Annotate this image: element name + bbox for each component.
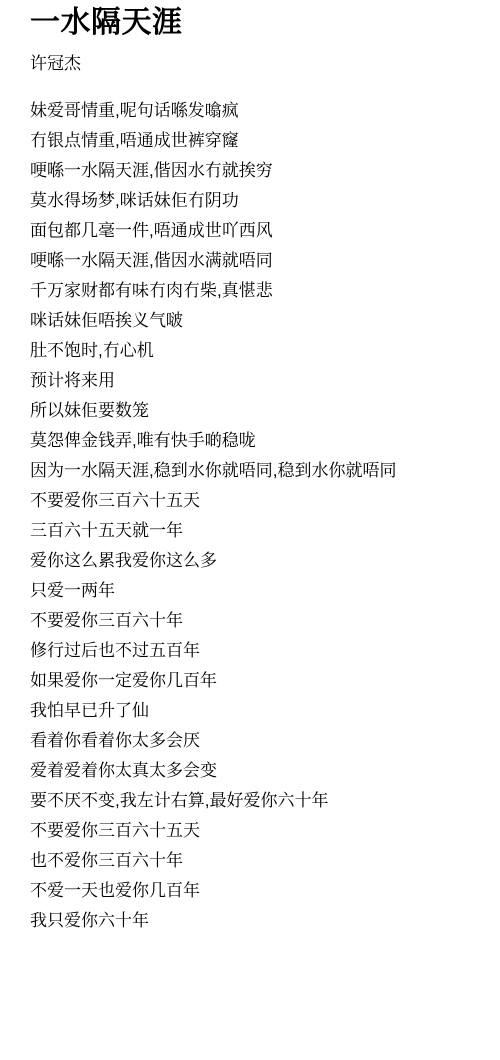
lyrics-body: 妹爱哥情重,呢句话喺发噏疯冇银点情重,唔通成世裤穿窿哽喺一水隔天涯,偕因水冇就挨…: [30, 96, 490, 936]
lyric-line: 三百六十五天就一年: [30, 516, 490, 546]
lyric-line: 莫水得场梦,咪话妹佢冇阴功: [30, 186, 490, 216]
lyric-line: 面包都几毫一件,唔通成世吖西风: [30, 216, 490, 246]
lyric-line: 因为一水隔天涯,稳到水你就唔同,稳到水你就唔同: [30, 456, 490, 486]
lyric-line: 不要爱你三百六十五天: [30, 816, 490, 846]
lyric-line: 不要爱你三百六十年: [30, 606, 490, 636]
song-title: 一水隔天涯: [30, 6, 490, 41]
lyric-line: 要不厌不变,我左计右算,最好爱你六十年: [30, 786, 490, 816]
lyric-line: 哽喺一水隔天涯,偕因水满就唔同: [30, 246, 490, 276]
lyric-line: 不爱一天也爱你几百年: [30, 876, 490, 906]
lyric-line: 看着你看着你太多会厌: [30, 726, 490, 756]
lyric-line: 我只爱你六十年: [30, 906, 490, 936]
lyric-line: 也不爱你三百六十年: [30, 846, 490, 876]
lyric-line: 修行过后也不过五百年: [30, 636, 490, 666]
lyrics-page: 一水隔天涯 许冠杰 妹爱哥情重,呢句话喺发噏疯冇银点情重,唔通成世裤穿窿哽喺一水…: [0, 0, 500, 936]
lyric-line: 冇银点情重,唔通成世裤穿窿: [30, 126, 490, 156]
lyric-line: 只爱一两年: [30, 576, 490, 606]
lyric-line: 妹爱哥情重,呢句话喺发噏疯: [30, 96, 490, 126]
lyric-line: 我怕早已升了仙: [30, 696, 490, 726]
lyric-line: 预计将来用: [30, 366, 490, 396]
lyric-line: 哽喺一水隔天涯,偕因水冇就挨穷: [30, 156, 490, 186]
lyric-line: 咪话妹佢唔挨义气啵: [30, 306, 490, 336]
lyric-line: 肚不饱时,冇心机: [30, 336, 490, 366]
artist-name: 许冠杰: [30, 49, 490, 74]
lyric-line: 所以妹佢要数笼: [30, 396, 490, 426]
lyric-line: 莫怨俾金钱弄,唯有快手啲稳咙: [30, 426, 490, 456]
lyric-line: 如果爱你一定爱你几百年: [30, 666, 490, 696]
lyric-line: 爱你这么累我爱你这么多: [30, 546, 490, 576]
lyric-line: 千万家财都有味冇肉冇柴,真愖悲: [30, 276, 490, 306]
lyric-line: 不要爱你三百六十五天: [30, 486, 490, 516]
lyric-line: 爱着爱着你太真太多会变: [30, 756, 490, 786]
